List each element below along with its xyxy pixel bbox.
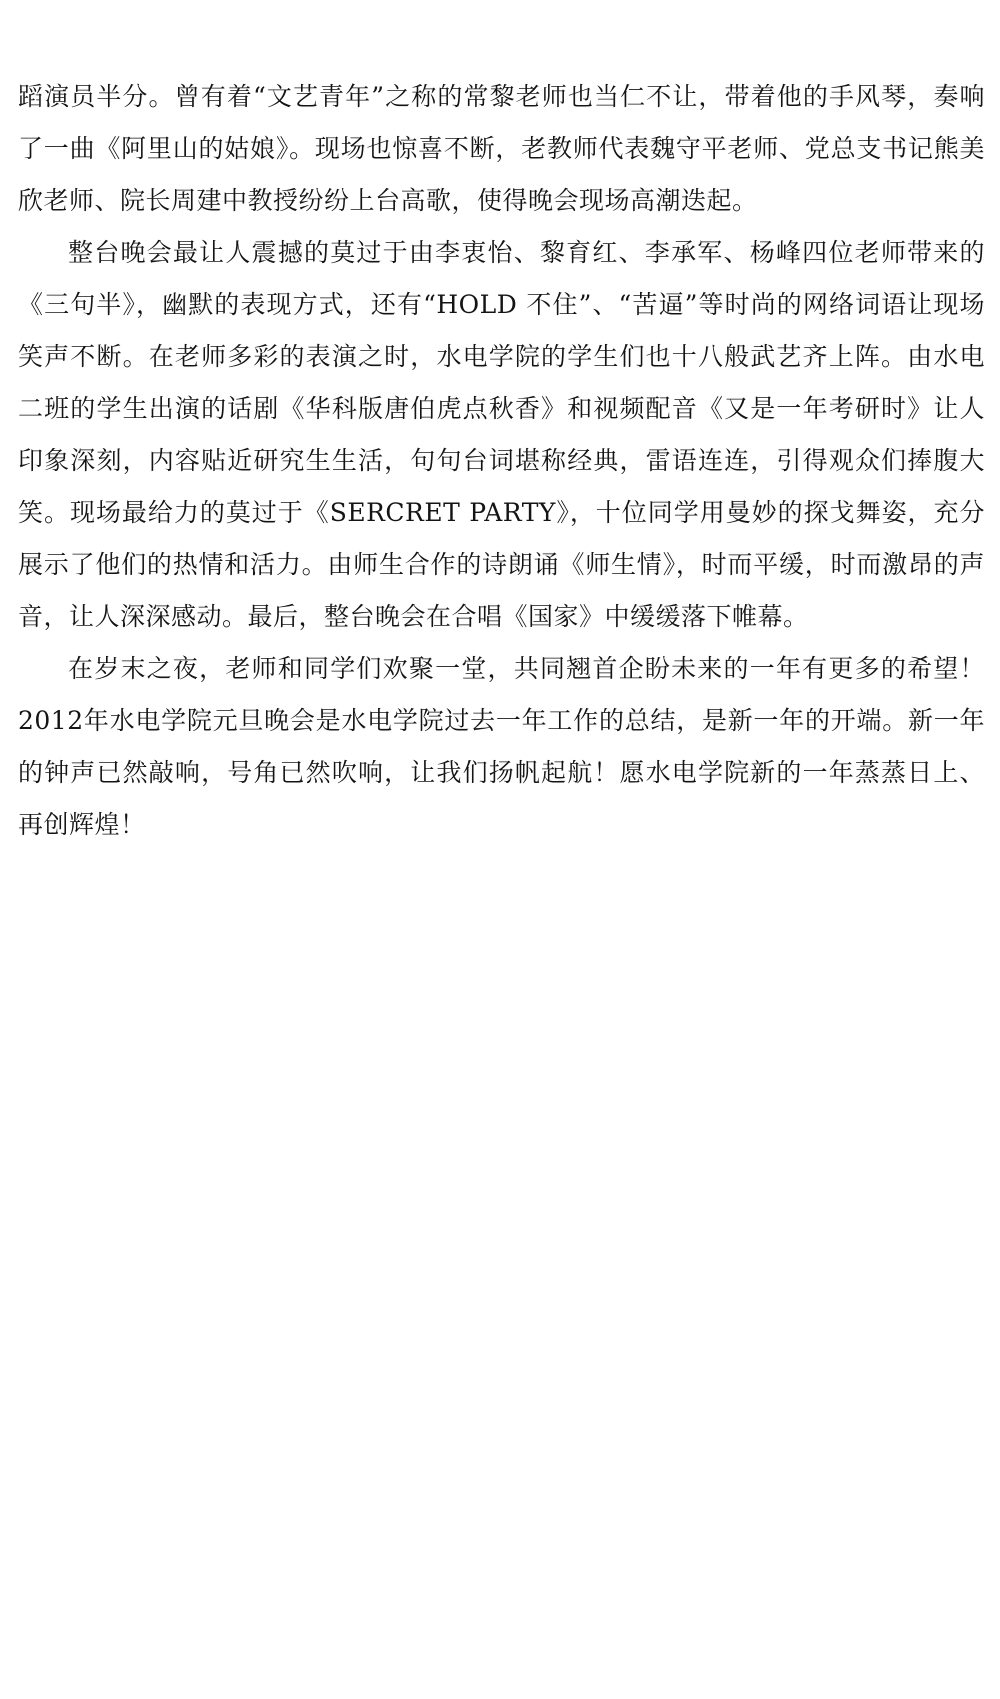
- document-page: 蹈演员半分。曾有着“文艺青年”之称的常黎老师也当仁不让，带着他的手风琴，奏响了一…: [0, 0, 1000, 1699]
- body-paragraph-closing: 在岁末之夜，老师和同学们欢聚一堂，共同翘首企盼未来的一年有更多的希望！2012年…: [18, 643, 985, 851]
- body-paragraph: 整台晚会最让人震撼的莫过于由李衷怡、黎育红、李承军、杨峰四位老师带来的《三句半》…: [18, 227, 985, 643]
- body-paragraph-continuation: 蹈演员半分。曾有着“文艺青年”之称的常黎老师也当仁不让，带着他的手风琴，奏响了一…: [18, 71, 985, 227]
- document-text-block: 蹈演员半分。曾有着“文艺青年”之称的常黎老师也当仁不让，带着他的手风琴，奏响了一…: [18, 71, 985, 851]
